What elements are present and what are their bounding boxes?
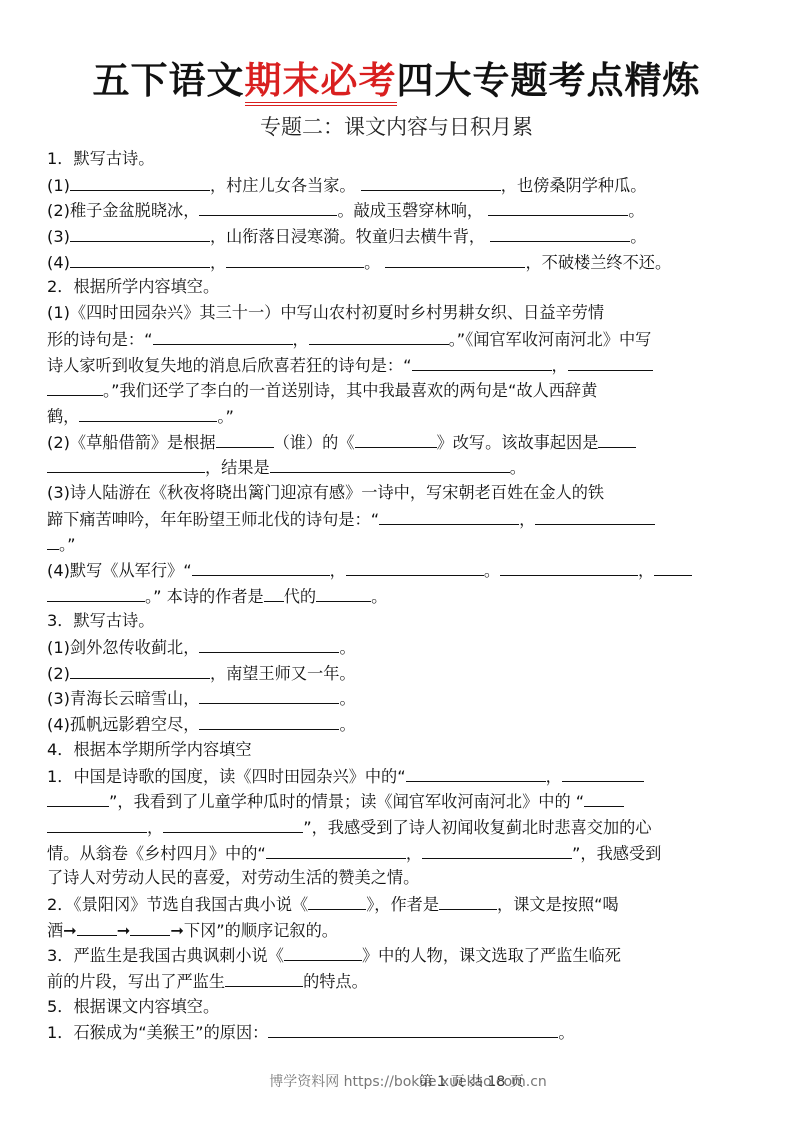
text: ， — [519, 510, 535, 529]
answer-blank[interactable] — [199, 685, 339, 704]
page-footer: 博学资料网 https://bokue.xuekao.com.cn第 1 页 共… — [0, 1071, 793, 1091]
text: ，村庄儿女各当家。 — [210, 176, 356, 195]
answer-blank[interactable] — [70, 249, 210, 268]
text: 情。从翁卷《乡村四月》中的“ — [47, 844, 266, 863]
text: 的特点。 — [303, 972, 368, 991]
text: 。 — [339, 715, 355, 734]
text: ”，我感受到了诗人初闻收复蓟北时悲喜交加的心 — [303, 818, 651, 837]
text: 。” — [217, 407, 233, 426]
text: 。敲成玉磬穿林响， — [337, 201, 483, 220]
s3-item-2: (2)，南望王师又一年。 — [47, 660, 747, 686]
section-4-heading: 4．根据本学期所学内容填空 — [47, 737, 747, 763]
text: 。 — [339, 689, 355, 708]
s2-q2-line-1: (2)《草船借箭》是根据（谁）的《》改写。该故事起因是 — [47, 429, 747, 455]
s4-q1-line-5: 了诗人对劳动人民的喜爱，对劳动生活的赞美之情。 — [47, 865, 747, 891]
answer-blank[interactable] — [284, 942, 362, 961]
answer-blank[interactable] — [47, 583, 145, 602]
document-title: 五下语文期末必考四大专题考点精炼 — [0, 58, 793, 104]
text: 》，作者是 — [366, 895, 439, 914]
answer-blank[interactable] — [199, 711, 339, 730]
item-number: (2) — [47, 201, 70, 220]
answer-blank[interactable] — [70, 223, 210, 242]
text: 蹄下痛苦呻吟，年年盼望王师北伐的诗句是：“ — [47, 510, 379, 529]
text: (4)默写《从军行》“ — [47, 561, 192, 580]
text: ， — [293, 330, 309, 349]
s3-item-4: (4)孤帆远影碧空尽，。 — [47, 711, 747, 737]
s4-q2-line-1: 2．《景阳冈》节选自我国古典小说《》，作者是，课文是按照“喝 — [47, 891, 747, 917]
text: 。”我们还学了李白的一首送别诗，其中我最喜欢的两句是“故人西辞黄 — [103, 381, 597, 400]
answer-blank[interactable] — [584, 788, 624, 807]
item-number: (4) — [47, 253, 70, 272]
s2-q1-line-3: 诗人家听到收复失地的消息后欣喜若狂的诗句是：“， — [47, 352, 747, 378]
section-5-heading: 5．根据课文内容填空。 — [47, 994, 747, 1020]
answer-blank[interactable] — [598, 429, 636, 448]
answer-blank[interactable] — [225, 968, 303, 987]
text: ， — [552, 356, 568, 375]
s2-q3-line-2: 蹄下痛苦呻吟，年年盼望王师北伐的诗句是：“， — [47, 506, 747, 532]
s2-q3-line-1: (3)诗人陆游在《秋夜将晓出篱门迎凉有感》一诗中，写宋朝老百姓在金人的铁 — [47, 480, 747, 506]
text: ，结果是 — [205, 458, 270, 477]
text: 1．中国是诗歌的国度，读《四时田园杂兴》中的“ — [47, 767, 406, 786]
answer-blank[interactable] — [79, 403, 217, 422]
text: ，也傍桑阴学种瓜。 — [501, 176, 647, 195]
answer-blank[interactable] — [379, 506, 519, 525]
s2-q4-line-2: 。” 本诗的作者是代的。 — [47, 583, 747, 609]
text: ， — [638, 561, 654, 580]
text: 。 — [364, 253, 380, 272]
item-number: (1) — [47, 176, 70, 195]
answer-blank[interactable] — [361, 172, 501, 191]
answer-blank[interactable] — [199, 197, 337, 216]
answer-blank[interactable] — [500, 557, 638, 576]
text: 稚子金盆脱晓冰， — [70, 201, 200, 220]
document-subtitle: 专题二：课文内容与日积月累 — [0, 113, 793, 141]
s5-q1: 1．石猴成为“美猴王”的原因：。 — [47, 1019, 747, 1045]
s4-q1-line-4: 情。从翁卷《乡村四月》中的“，”，我感受到 — [47, 840, 747, 866]
text: ， — [330, 561, 346, 580]
answer-blank[interactable] — [346, 557, 484, 576]
s1-item-2: (2)稚子金盆脱晓冰，。敲成玉磬穿林响， 。 — [47, 197, 747, 223]
answer-blank[interactable] — [70, 172, 210, 191]
worksheet-body: 1．默写古诗。 (1)，村庄儿女各当家。 ，也傍桑阴学种瓜。 (2)稚子金盆脱晓… — [47, 146, 747, 1045]
answer-blank[interactable] — [488, 197, 628, 216]
answer-blank[interactable] — [226, 249, 364, 268]
text: 1．石猴成为“美猴王”的原因： — [47, 1023, 268, 1042]
answer-blank[interactable] — [192, 557, 330, 576]
text: (2) — [47, 664, 70, 683]
text: 》中的人物，课文选取了严监生临死 — [362, 946, 621, 965]
text: ”，我看到了儿童学种瓜时的情景；读《闻官军收河南河北》中的 “ — [109, 792, 584, 811]
s4-q1-line-2: ”，我看到了儿童学种瓜时的情景；读《闻官军收河南河北》中的 “ — [47, 788, 747, 814]
text: 》改写。该故事起因是 — [437, 433, 599, 452]
text: 。”《闻官军收河南河北》中写 — [449, 330, 652, 349]
text: ”，我感受到 — [572, 844, 661, 863]
s1-item-3: (3)，山衔落日浸寒漪。牧童归去横牛背， 。 — [47, 223, 747, 249]
s2-q1-line-2: 形的诗句是：“，。”《闻官军收河南河北》中写 — [47, 326, 747, 352]
text: 。 — [339, 638, 355, 657]
s4-q1-line-1: 1．中国是诗歌的国度，读《四时田园杂兴》中的“， — [47, 763, 747, 789]
answer-blank[interactable] — [77, 917, 117, 936]
text: 。” 本诗的作者是 — [145, 587, 264, 606]
s4-q3-line-2: 前的片段，写出了严监生的特点。 — [47, 968, 747, 994]
s2-q3-line-3: 。” — [47, 531, 747, 557]
answer-blank[interactable] — [406, 763, 546, 782]
s2-q4-line-1: (4)默写《从军行》“，。， — [47, 557, 747, 583]
s1-item-1: (1)，村庄儿女各当家。 ，也傍桑阴学种瓜。 — [47, 172, 747, 198]
s3-item-1: (1)剑外忽传收蓟北，。 — [47, 634, 747, 660]
answer-blank[interactable] — [385, 249, 525, 268]
text: ，课文是按照“喝 — [497, 895, 619, 914]
text: 代的 — [284, 587, 316, 606]
answer-blank[interactable] — [70, 660, 210, 679]
item-number: (3) — [47, 227, 70, 246]
answer-blank[interactable] — [355, 429, 437, 448]
text: 前的片段，写出了严监生 — [47, 972, 225, 991]
answer-blank[interactable] — [199, 634, 339, 653]
answer-blank[interactable] — [130, 917, 170, 936]
text: 3．严监生是我国古典讽刺小说《 — [47, 946, 284, 965]
answer-blank[interactable] — [270, 454, 510, 473]
s4-q3-line-1: 3．严监生是我国古典讽刺小说《》中的人物，课文选取了严监生临死 — [47, 942, 747, 968]
text: 2．《景阳冈》节选自我国古典小说《 — [47, 895, 308, 914]
answer-blank[interactable] — [163, 814, 303, 833]
answer-blank[interactable] — [47, 531, 59, 550]
text: 鹤， — [47, 407, 79, 426]
section-1-heading: 1．默写古诗。 — [47, 146, 747, 172]
text: (4)孤帆远影碧空尽， — [47, 715, 199, 734]
answer-blank[interactable] — [535, 506, 655, 525]
answer-blank[interactable] — [439, 891, 497, 910]
answer-blank[interactable] — [562, 763, 644, 782]
text: 。 — [628, 201, 644, 220]
text: 。” — [59, 535, 75, 554]
answer-blank[interactable] — [654, 557, 692, 576]
answer-blank[interactable] — [309, 326, 449, 345]
text: ， — [406, 844, 422, 863]
answer-blank[interactable] — [412, 352, 552, 371]
s2-q1-line-4: 。”我们还学了李白的一首送别诗，其中我最喜欢的两句是“故人西辞黄 — [47, 377, 747, 403]
answer-blank[interactable] — [47, 377, 103, 396]
answer-blank[interactable] — [47, 814, 147, 833]
text: 。 — [510, 458, 526, 477]
text: 诗人家听到收复失地的消息后欣喜若狂的诗句是：“ — [47, 356, 412, 375]
answer-blank[interactable] — [47, 788, 109, 807]
text: ， — [147, 818, 163, 837]
text: ➞ — [117, 921, 131, 940]
s2-q1-line-5: 鹤，。” — [47, 403, 747, 429]
text: ，山衔落日浸寒漪。牧童归去横牛背， — [210, 227, 485, 246]
s2-q1-line-1: (1)《四时田园杂兴》其三十一）中写山农村初夏时乡村男耕女织、日益辛劳情 — [47, 300, 747, 326]
answer-blank[interactable] — [268, 1019, 558, 1038]
answer-blank[interactable] — [47, 454, 205, 473]
answer-blank[interactable] — [153, 326, 293, 345]
s1-item-4: (4)，。 ，不破楼兰终不还。 — [47, 249, 747, 275]
s4-q1-line-3: ，”，我感受到了诗人初闻收复蓟北时悲喜交加的心 — [47, 814, 747, 840]
text: (1)剑外忽传收蓟北， — [47, 638, 199, 657]
answer-blank[interactable] — [266, 840, 406, 859]
text: （谁）的《 — [274, 433, 355, 452]
text: 。 — [630, 227, 646, 246]
s4-q2-line-2: 酒➞➞➞下冈”的顺序记叙的。 — [47, 917, 747, 943]
title-highlight: 期末必考 — [245, 59, 397, 106]
text: ，南望王师又一年。 — [210, 664, 356, 683]
answer-blank[interactable] — [264, 583, 284, 602]
answer-blank[interactable] — [568, 352, 653, 371]
text: 形的诗句是：“ — [47, 330, 153, 349]
answer-blank[interactable] — [490, 223, 630, 242]
text: 酒➞ — [47, 921, 77, 940]
text: 。 — [371, 587, 387, 606]
answer-blank[interactable] — [422, 840, 572, 859]
answer-blank[interactable] — [216, 429, 274, 448]
answer-blank[interactable] — [308, 891, 366, 910]
s3-item-3: (3)青海长云暗雪山，。 — [47, 685, 747, 711]
text: (3)青海长云暗雪山， — [47, 689, 199, 708]
answer-blank[interactable] — [316, 583, 371, 602]
text: ， — [210, 253, 226, 272]
s2-q2-line-2: ，结果是。 — [47, 454, 747, 480]
page-indicator: 第 1 页 共 18 页 — [419, 1074, 524, 1090]
title-prefix: 五下语文 — [93, 59, 245, 102]
text: 。 — [484, 561, 500, 580]
section-2-heading: 2．根据所学内容填空。 — [47, 274, 747, 300]
text: ， — [546, 767, 562, 786]
text: 。 — [558, 1023, 574, 1042]
text: (2)《草船借箭》是根据 — [47, 433, 216, 452]
text: ➞下冈”的顺序记叙的。 — [170, 921, 338, 940]
section-3-heading: 3．默写古诗。 — [47, 608, 747, 634]
text: ，不破楼兰终不还。 — [525, 253, 671, 272]
title-suffix: 四大专题考点精炼 — [397, 59, 701, 102]
